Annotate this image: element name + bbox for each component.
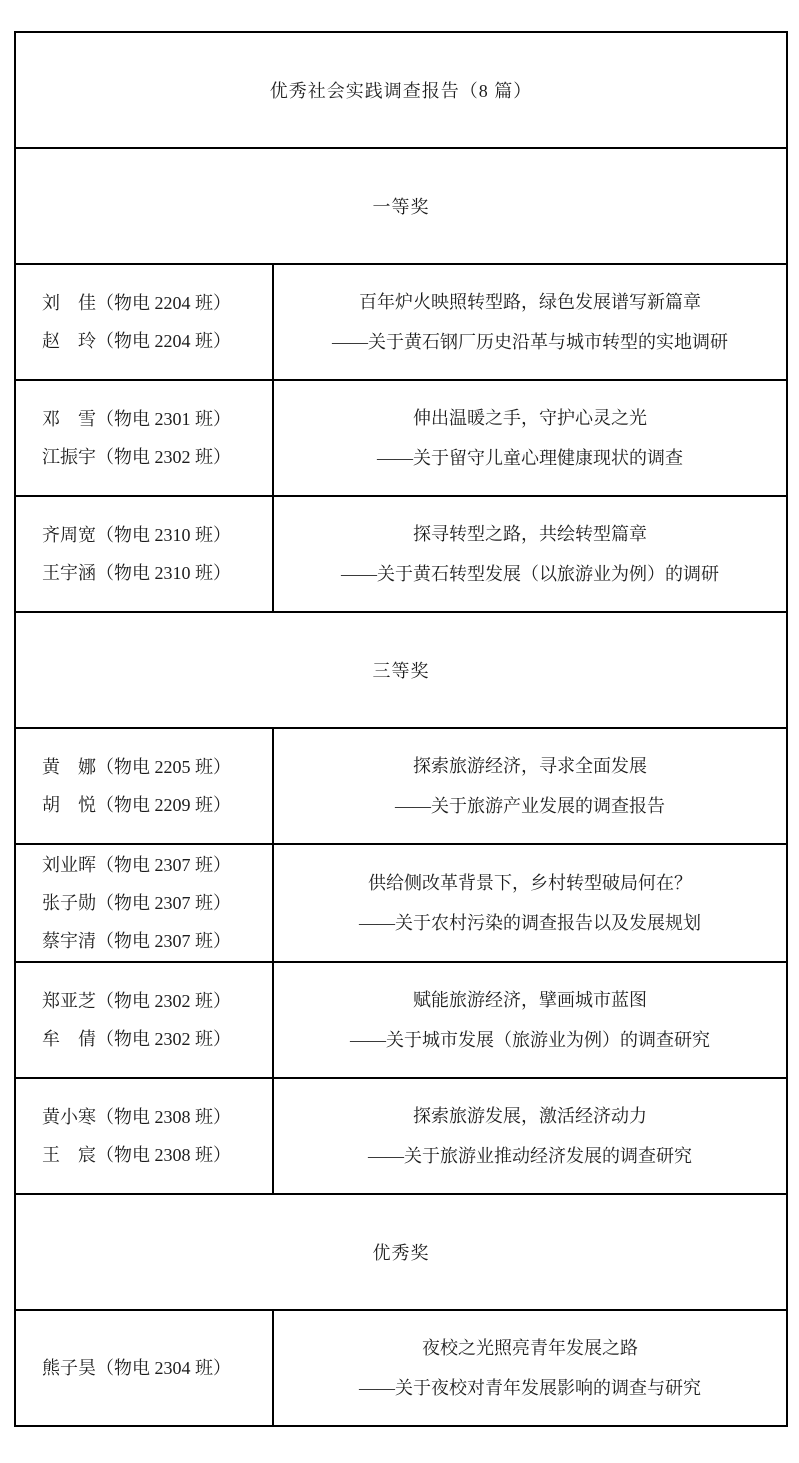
report-subtitle-line: ——关于城市发展（旅游业为例）的调查研究	[275, 1020, 785, 1060]
name-line: 齐周宽（物电 2310 班）	[42, 516, 271, 554]
report-title-cell: 探寻转型之路，共绘转型篇章 ——关于黄石转型发展（以旅游业为例）的调研	[273, 496, 787, 612]
name-line: 王 宸（物电 2308 班）	[42, 1136, 271, 1174]
names-cell: 黄小寒（物电 2308 班） 王 宸（物电 2308 班）	[15, 1078, 273, 1194]
report-title-line: 供给侧改革背景下，乡村转型破局何在？	[275, 863, 785, 903]
report-subtitle-line: ——关于旅游业推动经济发展的调查研究	[275, 1136, 785, 1176]
report-subtitle-line: ——关于黄石钢厂历史沿革与城市转型的实地调研	[275, 322, 785, 362]
section-header-row: 一等奖	[15, 148, 787, 264]
report-title-line: 探索旅游发展，激活经济动力	[275, 1096, 785, 1136]
name-line: 熊子昊（物电 2304 班）	[42, 1349, 271, 1387]
name-line: 黄 娜（物电 2205 班）	[42, 748, 271, 786]
award-row: 刘 佳（物电 2204 班） 赵 玲（物电 2204 班） 百年炉火映照转型路，…	[15, 264, 787, 380]
names-cell: 齐周宽（物电 2310 班） 王宇涵（物电 2310 班）	[15, 496, 273, 612]
section-header-row: 三等奖	[15, 612, 787, 728]
section-header-row: 优秀奖	[15, 1194, 787, 1310]
awards-table: 优秀社会实践调查报告（8 篇） 一等奖 刘 佳（物电 2204 班） 赵 玲（物…	[14, 31, 788, 1427]
report-title-cell: 探索旅游发展，激活经济动力 ——关于旅游业推动经济发展的调查研究	[273, 1078, 787, 1194]
name-line: 牟 倩（物电 2302 班）	[42, 1020, 271, 1058]
section-header-first-prize: 一等奖	[15, 148, 787, 264]
report-subtitle-line: ——关于旅游产业发展的调查报告	[275, 786, 785, 826]
names-cell: 刘业晖（物电 2307 班） 张子勋（物电 2307 班） 蔡宇清（物电 230…	[15, 844, 273, 962]
report-title-line: 夜校之光照亮青年发展之路	[275, 1328, 785, 1368]
report-title-line: 探寻转型之路，共绘转型篇章	[275, 514, 785, 554]
name-line: 赵 玲（物电 2204 班）	[42, 322, 271, 360]
report-title-line: 探索旅游经济，寻求全面发展	[275, 746, 785, 786]
names-cell: 邓 雪（物电 2301 班） 江振宇（物电 2302 班）	[15, 380, 273, 496]
name-line: 刘 佳（物电 2204 班）	[42, 284, 271, 322]
section-header-third-prize: 三等奖	[15, 612, 787, 728]
name-line: 江振宇（物电 2302 班）	[42, 438, 271, 476]
report-title-cell: 夜校之光照亮青年发展之路 ——关于夜校对青年发展影响的调查与研究	[273, 1310, 787, 1426]
report-subtitle-line: ——关于夜校对青年发展影响的调查与研究	[275, 1368, 785, 1408]
report-subtitle-line: ——关于黄石转型发展（以旅游业为例）的调研	[275, 554, 785, 594]
names-cell: 刘 佳（物电 2204 班） 赵 玲（物电 2204 班）	[15, 264, 273, 380]
name-line: 邓 雪（物电 2301 班）	[42, 400, 271, 438]
report-subtitle-line: ——关于留守儿童心理健康现状的调查	[275, 438, 785, 478]
report-subtitle-line: ——关于农村污染的调查报告以及发展规划	[275, 903, 785, 943]
name-line: 刘业晖（物电 2307 班）	[42, 846, 271, 884]
award-row: 熊子昊（物电 2304 班） 夜校之光照亮青年发展之路 ——关于夜校对青年发展影…	[15, 1310, 787, 1426]
names-cell: 郑亚芝（物电 2302 班） 牟 倩（物电 2302 班）	[15, 962, 273, 1078]
name-line: 王宇涵（物电 2310 班）	[42, 554, 271, 592]
award-row: 齐周宽（物电 2310 班） 王宇涵（物电 2310 班） 探寻转型之路，共绘转…	[15, 496, 787, 612]
report-title-cell: 百年炉火映照转型路，绿色发展谱写新篇章 ——关于黄石钢厂历史沿革与城市转型的实地…	[273, 264, 787, 380]
award-row: 黄 娜（物电 2205 班） 胡 悦（物电 2209 班） 探索旅游经济，寻求全…	[15, 728, 787, 844]
name-line: 张子勋（物电 2307 班）	[42, 884, 271, 922]
report-title-cell: 赋能旅游经济，擘画城市蓝图 ——关于城市发展（旅游业为例）的调查研究	[273, 962, 787, 1078]
award-row: 黄小寒（物电 2308 班） 王 宸（物电 2308 班） 探索旅游发展，激活经…	[15, 1078, 787, 1194]
report-title-cell: 伸出温暖之手，守护心灵之光 ——关于留守儿童心理健康现状的调查	[273, 380, 787, 496]
names-cell: 黄 娜（物电 2205 班） 胡 悦（物电 2209 班）	[15, 728, 273, 844]
name-line: 黄小寒（物电 2308 班）	[42, 1098, 271, 1136]
report-title-line: 伸出温暖之手，守护心灵之光	[275, 398, 785, 438]
section-header-excellence-prize: 优秀奖	[15, 1194, 787, 1310]
report-title-cell: 供给侧改革背景下，乡村转型破局何在？ ——关于农村污染的调查报告以及发展规划	[273, 844, 787, 962]
names-cell: 熊子昊（物电 2304 班）	[15, 1310, 273, 1426]
name-line: 郑亚芝（物电 2302 班）	[42, 982, 271, 1020]
award-row: 刘业晖（物电 2307 班） 张子勋（物电 2307 班） 蔡宇清（物电 230…	[15, 844, 787, 962]
name-line: 胡 悦（物电 2209 班）	[42, 786, 271, 824]
report-title-line: 百年炉火映照转型路，绿色发展谱写新篇章	[275, 282, 785, 322]
report-title-line: 赋能旅游经济，擘画城市蓝图	[275, 980, 785, 1020]
report-title-cell: 探索旅游经济，寻求全面发展 ——关于旅游产业发展的调查报告	[273, 728, 787, 844]
award-row: 郑亚芝（物电 2302 班） 牟 倩（物电 2302 班） 赋能旅游经济，擘画城…	[15, 962, 787, 1078]
name-line: 蔡宇清（物电 2307 班）	[42, 922, 271, 960]
award-row: 邓 雪（物电 2301 班） 江振宇（物电 2302 班） 伸出温暖之手，守护心…	[15, 380, 787, 496]
table-title-row: 优秀社会实践调查报告（8 篇）	[15, 32, 787, 148]
table-title: 优秀社会实践调查报告（8 篇）	[15, 32, 787, 148]
